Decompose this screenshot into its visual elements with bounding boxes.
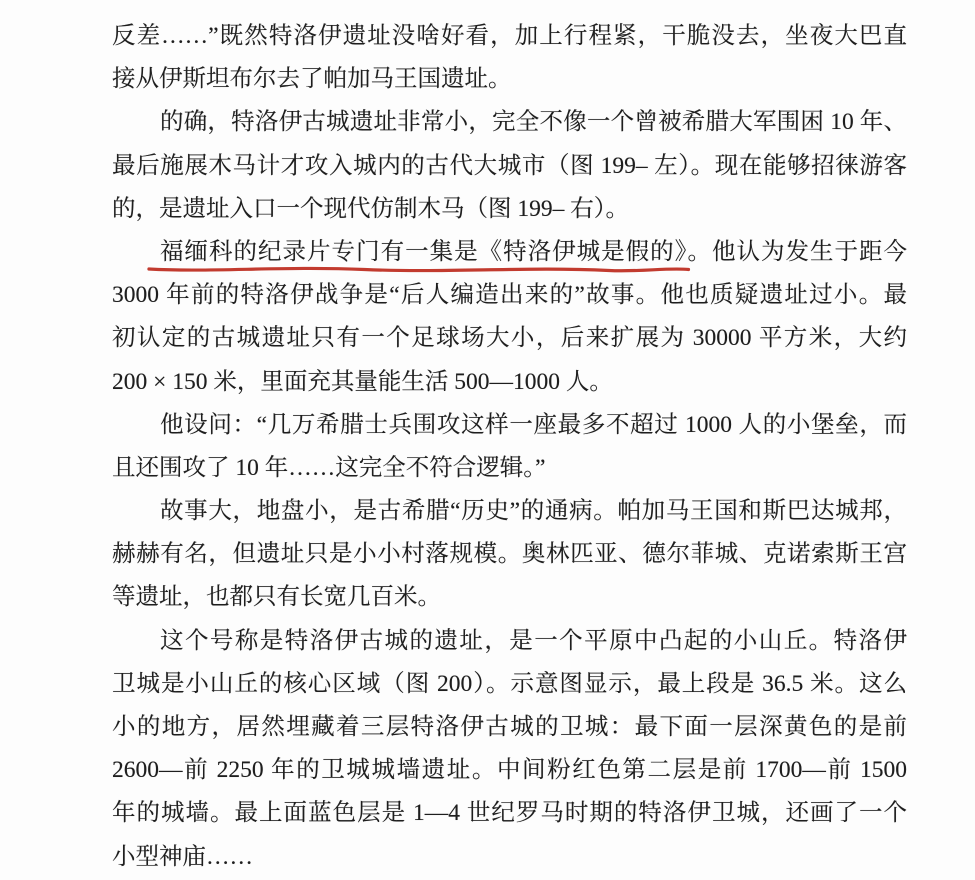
paragraph: 他设问：“几万希腊士兵围攻这样一座最多不超过 1000 人的小堡垒，而 且还围攻…: [112, 404, 907, 490]
text-line: 初认定的古城遗址只有一个足球场大小，后来扩展为 30000 平方米，大约: [112, 317, 907, 360]
paragraph: 反差……”既然特洛伊遗址没啥好看，加上行程紧，干脆没去，坐夜大巴直 接从伊斯坦布…: [112, 15, 907, 101]
document-page: 反差……”既然特洛伊遗址没啥好看，加上行程紧，干脆没去，坐夜大巴直 接从伊斯坦布…: [0, 0, 975, 880]
paragraph: 故事大，地盘小，是古希腊“历史”的通病。帕加马王国和斯巴达城邦， 赫赫有名，但遗…: [112, 490, 907, 620]
text-line: 200 × 150 米，里面充其量能生活 500—1000 人。: [112, 361, 907, 404]
text-after-underline: 。他认为发生于距今: [687, 239, 907, 265]
text-line: 赫赫有名，但遗址只是小小村落规模。奥林匹亚、德尔菲城、克诺索斯王宫: [112, 533, 907, 576]
paragraph: 这个号称是特洛伊古城的遗址，是一个平原中凸起的小山丘。特洛伊 卫城是小山丘的核心…: [112, 620, 907, 879]
text-line: 小的地方，居然埋藏着三层特洛伊古城的卫城：最下面一层深黄色的是前: [112, 706, 907, 749]
text-line: 的，是遗址入口一个现代仿制木马（图 199– 右）。: [112, 188, 907, 231]
red-underline-mark: 福缅科的纪录片专门有一集是《特洛伊城是假的》: [160, 239, 687, 265]
text-line: 这个号称是特洛伊古城的遗址，是一个平原中凸起的小山丘。特洛伊: [112, 620, 907, 663]
text-line: 且还围攻了 10 年……这完全不符合逻辑。”: [112, 447, 907, 490]
text-line: 3000 年前的特洛伊战争是“后人编造出来的”故事。他也质疑遗址过小。最: [112, 274, 907, 317]
text-line: 接从伊斯坦布尔去了帕加马王国遗址。: [112, 58, 907, 101]
text-line: 反差……”既然特洛伊遗址没啥好看，加上行程紧，干脆没去，坐夜大巴直: [112, 15, 907, 58]
text-line: 福缅科的纪录片专门有一集是《特洛伊城是假的》。他认为发生于距今: [112, 231, 907, 274]
underlined-text: 福缅科的纪录片专门有一集是《特洛伊城是假的》: [160, 239, 687, 265]
text-line: 他设问：“几万希腊士兵围攻这样一座最多不超过 1000 人的小堡垒，而: [112, 404, 907, 447]
text-line: 等遗址，也都只有长宽几百米。: [112, 576, 907, 619]
paragraph: 福缅科的纪录片专门有一集是《特洛伊城是假的》。他认为发生于距今 3000 年前的…: [112, 231, 907, 404]
paragraph: 的确，特洛伊古城遗址非常小，完全不像一个曾被希腊大军围困 10 年、 最后施展木…: [112, 101, 907, 231]
text-line: 卫城是小山丘的核心区域（图 200）。示意图显示，最上段是 36.5 米。这么: [112, 663, 907, 706]
text-line: 2600—前 2250 年的卫城城墙遗址。中间粉红色第二层是前 1700—前 1…: [112, 749, 907, 792]
text-line: 的确，特洛伊古城遗址非常小，完全不像一个曾被希腊大军围困 10 年、: [112, 101, 907, 144]
text-column: 反差……”既然特洛伊遗址没啥好看，加上行程紧，干脆没去，坐夜大巴直 接从伊斯坦布…: [112, 15, 907, 879]
text-line: 故事大，地盘小，是古希腊“历史”的通病。帕加马王国和斯巴达城邦，: [112, 490, 907, 533]
text-line: 最后施展木马计才攻入城内的古代大城市（图 199– 左）。现在能够招徕游客: [112, 145, 907, 188]
text-line: 年的城墙。最上面蓝色层是 1—4 世纪罗马时期的特洛伊卫城，还画了一个: [112, 792, 907, 835]
text-line: 小型神庙……: [112, 836, 907, 879]
